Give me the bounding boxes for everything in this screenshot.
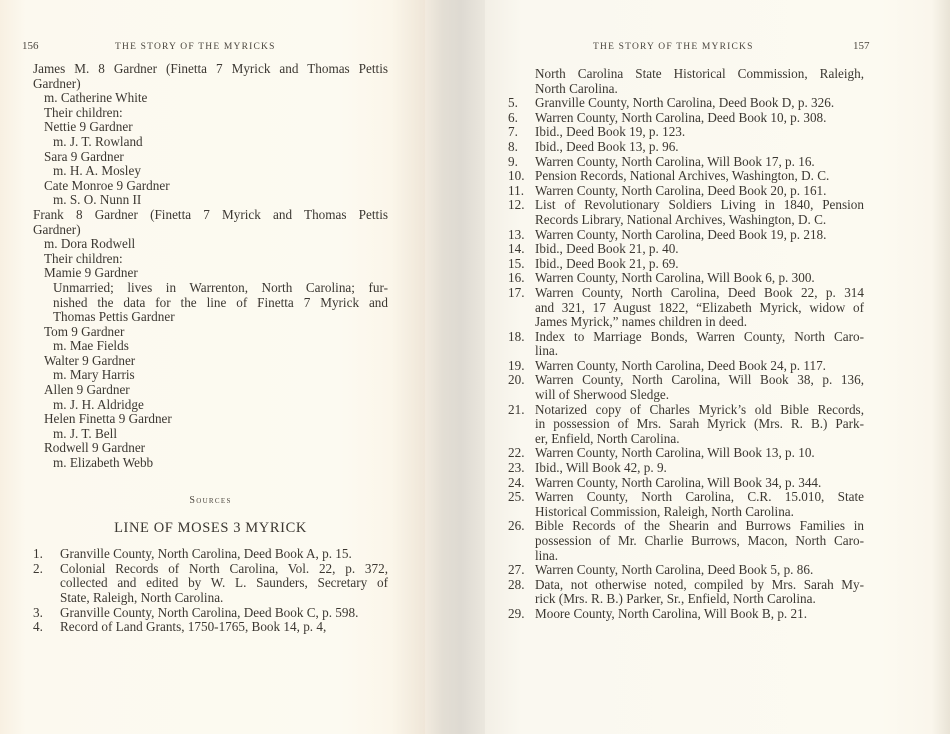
source-note: 22.Warren County, North Carolina, Will B…	[508, 446, 864, 461]
note-text: Granville County, North Carolina, Deed B…	[60, 606, 388, 621]
note-text: Warren County, North Carolina, Deed Book…	[535, 111, 864, 126]
note-number: 3.	[33, 606, 60, 621]
note-line: Warren County, North Carolina, C.R. 15.0…	[535, 490, 864, 505]
genealogy-entry: Thomas Pettis Gardner	[33, 310, 388, 325]
note-line: er, Enfield, North Carolina.	[535, 432, 864, 447]
genealogy-entry: Sara 9 Gardner	[33, 150, 388, 165]
page-number: 157	[853, 40, 870, 52]
source-note: 17.Warren County, North Carolina, Deed B…	[508, 286, 864, 330]
book-spread: 156 THE STORY OF THE MYRICKS James M. 8 …	[0, 0, 950, 734]
note-text: Warren County, North Carolina, Will Book…	[535, 446, 864, 461]
note-line: will of Sherwood Sledge.	[535, 388, 864, 403]
note-number: 2.	[33, 562, 60, 606]
source-note: 29.Moore County, North Carolina, Will Bo…	[508, 607, 864, 622]
note-text: Moore County, North Carolina, Will Book …	[535, 607, 864, 622]
note-continuation: North Carolina State Historical Commissi…	[508, 67, 864, 96]
source-note: 14.Ibid., Deed Book 21, p. 40.	[508, 242, 864, 257]
sources-heading: Sources	[33, 494, 388, 509]
source-note: 23.Ibid., Will Book 42, p. 9.	[508, 461, 864, 476]
genealogy-entry: m. J. H. Aldridge	[33, 398, 388, 413]
note-number: 14.	[508, 242, 535, 257]
genealogy-entry: Rodwell 9 Gardner	[33, 441, 388, 456]
note-line: Record of Land Grants, 1750-1765, Book 1…	[60, 620, 388, 635]
running-head: THE STORY OF THE MYRICKS	[593, 42, 754, 52]
note-line: Ibid., Will Book 42, p. 9.	[535, 461, 864, 476]
genealogy-entry: Walter 9 Gardner	[33, 354, 388, 369]
note-number: 12.	[508, 198, 535, 227]
note-text: Record of Land Grants, 1750-1765, Book 1…	[60, 620, 388, 635]
right-page: THE STORY OF THE MYRICKS 157 North Carol…	[485, 0, 950, 734]
note-number: 1.	[33, 547, 60, 562]
note-text: Bible Records of the Shearin and Burrows…	[535, 519, 864, 563]
note-text: Ibid., Deed Book 21, p. 40.	[535, 242, 864, 257]
note-text: Ibid., Will Book 42, p. 9.	[535, 461, 864, 476]
note-text: Warren County, North Carolina, Will Book…	[535, 476, 864, 491]
genealogy-entry: m. Elizabeth Webb	[33, 456, 388, 471]
note-text: Warren County, North Carolina, Will Book…	[535, 271, 864, 286]
source-note: 1.Granville County, North Carolina, Deed…	[33, 547, 388, 562]
sources-section: Sources LINE OF MOSES 3 MYRICK 1.Granvil…	[33, 494, 388, 635]
note-line: Granville County, North Carolina, Deed B…	[535, 96, 864, 111]
genealogy-entry: m. J. T. Bell	[33, 427, 388, 442]
source-note: 3.Granville County, North Carolina, Deed…	[33, 606, 388, 621]
note-number: 20.	[508, 373, 535, 402]
note-number: 29.	[508, 607, 535, 622]
left-page: 156 THE STORY OF THE MYRICKS James M. 8 …	[0, 0, 425, 734]
note-text: Warren County, North Carolina, Deed Book…	[535, 184, 864, 199]
note-line: Notarized copy of Charles Myrick’s old B…	[535, 403, 864, 418]
note-line: Pension Records, National Archives, Wash…	[535, 169, 864, 184]
genealogy-entry: Cate Monroe 9 Gardner	[33, 179, 388, 194]
source-note: 27.Warren County, North Carolina, Deed B…	[508, 563, 864, 578]
source-note: 5.Granville County, North Carolina, Deed…	[508, 96, 864, 111]
note-text: Warren County, North Carolina, Deed Book…	[535, 228, 864, 243]
note-line: Ibid., Deed Book 19, p. 123.	[535, 125, 864, 140]
note-number: 26.	[508, 519, 535, 563]
source-note: 10.Pension Records, National Archives, W…	[508, 169, 864, 184]
note-line: Warren County, North Carolina, Deed Book…	[535, 359, 864, 374]
note-number: 25.	[508, 490, 535, 519]
note-line: Warren County, North Carolina, Will Book…	[535, 155, 864, 170]
genealogy-entry: m. Mary Harris	[33, 368, 388, 383]
note-number: 21.	[508, 403, 535, 447]
source-note: 25.Warren County, North Carolina, C.R. 1…	[508, 490, 864, 519]
note-line: State, Raleigh, North Carolina.	[60, 591, 388, 606]
running-head: THE STORY OF THE MYRICKS	[115, 42, 276, 52]
genealogy-entry: m. Mae Fields	[33, 339, 388, 354]
note-line: James Myrick,” names children in deed.	[535, 315, 864, 330]
note-number: 10.	[508, 169, 535, 184]
note-number: 5.	[508, 96, 535, 111]
note-line: Ibid., Deed Book 21, p. 40.	[535, 242, 864, 257]
note-number: 17.	[508, 286, 535, 330]
source-note: 8.Ibid., Deed Book 13, p. 96.	[508, 140, 864, 155]
note-line: Bible Records of the Shearin and Burrows…	[535, 519, 864, 534]
note-text: Granville County, North Carolina, Deed B…	[60, 547, 388, 562]
note-line: Historical Commission, Raleigh, North Ca…	[535, 505, 864, 520]
note-line: Warren County, North Carolina, Deed Book…	[535, 286, 864, 301]
note-number: 27.	[508, 563, 535, 578]
source-note: 9.Warren County, North Carolina, Will Bo…	[508, 155, 864, 170]
source-note: 21.Notarized copy of Charles Myrick’s ol…	[508, 403, 864, 447]
note-line: Data, not otherwise noted, compiled by M…	[535, 578, 864, 593]
note-line: Warren County, North Carolina, Will Book…	[535, 446, 864, 461]
source-note: 15.Ibid., Deed Book 21, p. 69.	[508, 257, 864, 272]
source-note: 20.Warren County, North Carolina, Will B…	[508, 373, 864, 402]
source-note: 7.Ibid., Deed Book 19, p. 123.	[508, 125, 864, 140]
note-number: 11.	[508, 184, 535, 199]
note-text: Ibid., Deed Book 21, p. 69.	[535, 257, 864, 272]
book-gutter	[425, 0, 485, 734]
note-number: 24.	[508, 476, 535, 491]
note-number: 6.	[508, 111, 535, 126]
note-line: lina.	[535, 549, 864, 564]
note-line: Warren County, North Carolina, Will Book…	[535, 271, 864, 286]
note-line: Ibid., Deed Book 21, p. 69.	[535, 257, 864, 272]
genealogy-entry: m. J. T. Rowland	[33, 135, 388, 150]
source-note: 18.Index to Marriage Bonds, Warren Count…	[508, 330, 864, 359]
note-text: Warren County, North Carolina, Deed Book…	[535, 286, 864, 330]
source-note: 26.Bible Records of the Shearin and Burr…	[508, 519, 864, 563]
note-text: Granville County, North Carolina, Deed B…	[535, 96, 864, 111]
note-text: Colonial Records of North Carolina, Vol.…	[60, 562, 388, 606]
note-line: collected and edited by W. L. Saunders, …	[60, 576, 388, 591]
note-number: 16.	[508, 271, 535, 286]
note-number: 9.	[508, 155, 535, 170]
source-note: 6.Warren County, North Carolina, Deed Bo…	[508, 111, 864, 126]
note-number: 7.	[508, 125, 535, 140]
note-text: Warren County, North Carolina, Will Book…	[535, 373, 864, 402]
genealogy-entry: Mamie 9 Gardner	[33, 266, 388, 281]
note-number: 19.	[508, 359, 535, 374]
source-note: 19.Warren County, North Carolina, Deed B…	[508, 359, 864, 374]
source-note: 2.Colonial Records of North Carolina, Vo…	[33, 562, 388, 606]
genealogy-entry: Allen 9 Gardner	[33, 383, 388, 398]
note-text: Pension Records, National Archives, Wash…	[535, 169, 864, 184]
genealogy-entry: nished the data for the line of Finetta …	[33, 296, 388, 311]
note-text: Warren County, North Carolina, C.R. 15.0…	[535, 490, 864, 519]
note-line: Warren County, North Carolina, Deed Book…	[535, 228, 864, 243]
note-line: Ibid., Deed Book 13, p. 96.	[535, 140, 864, 155]
note-text: Ibid., Deed Book 13, p. 96.	[535, 140, 864, 155]
note-line: rick (Mrs. R. B.) Parker, Sr., Enfield, …	[535, 592, 864, 607]
genealogy-entry: m. Catherine White	[33, 91, 388, 106]
genealogy-entry: Frank 8 Gardner (Finetta 7 Myrick and Th…	[33, 208, 388, 223]
genealogy-entry: Nettie 9 Gardner	[33, 120, 388, 135]
note-number: 22.	[508, 446, 535, 461]
note-line: North Carolina State Historical Commissi…	[535, 67, 864, 82]
note-line: Warren County, North Carolina, Deed Book…	[535, 184, 864, 199]
notes-section: North Carolina State Historical Commissi…	[508, 67, 864, 622]
source-note: 12.List of Revolutionary Soldiers Living…	[508, 198, 864, 227]
genealogy-entry: Unmarried; lives in Warrenton, North Car…	[33, 281, 388, 296]
source-note: 13.Warren County, North Carolina, Deed B…	[508, 228, 864, 243]
note-line: Records Library, National Archives, Wash…	[535, 213, 864, 228]
genealogy-entry: James M. 8 Gardner (Finetta 7 Myrick and…	[33, 62, 388, 77]
genealogy-entry: Their children:	[33, 252, 388, 267]
note-line: lina.	[535, 344, 864, 359]
note-line: Warren County, North Carolina, Will Book…	[535, 373, 864, 388]
note-text: Notarized copy of Charles Myrick’s old B…	[535, 403, 864, 447]
note-number: 15.	[508, 257, 535, 272]
genealogy-entry: m. Dora Rodwell	[33, 237, 388, 252]
line-heading: LINE OF MOSES 3 MYRICK	[33, 521, 388, 536]
source-note: 28.Data, not otherwise noted, compiled b…	[508, 578, 864, 607]
genealogy-entry: m. H. A. Mosley	[33, 164, 388, 179]
note-line: and 321, 17 August 1822, “Elizabeth Myri…	[535, 301, 864, 316]
note-number: 23.	[508, 461, 535, 476]
note-number: 13.	[508, 228, 535, 243]
note-number: 8.	[508, 140, 535, 155]
genealogy-entry: m. S. O. Nunn II	[33, 193, 388, 208]
notes-list: 1.Granville County, North Carolina, Deed…	[33, 547, 388, 635]
note-number: 18.	[508, 330, 535, 359]
note-number: 4.	[33, 620, 60, 635]
genealogy-entry: Gardner)	[33, 77, 388, 92]
genealogy-entry: Gardner)	[33, 223, 388, 238]
note-text: List of Revolutionary Soldiers Living in…	[535, 198, 864, 227]
page-number: 156	[22, 40, 39, 52]
source-note: 4.Record of Land Grants, 1750-1765, Book…	[33, 620, 388, 635]
note-line: Warren County, North Carolina, Deed Book…	[535, 563, 864, 578]
note-text: Data, not otherwise noted, compiled by M…	[535, 578, 864, 607]
note-line: Warren County, North Carolina, Deed Book…	[535, 111, 864, 126]
note-number: 28.	[508, 578, 535, 607]
note-line: Colonial Records of North Carolina, Vol.…	[60, 562, 388, 577]
note-line: in possession of Mrs. Sarah Myrick (Mrs.…	[535, 417, 864, 432]
note-text: Warren County, North Carolina, Deed Book…	[535, 359, 864, 374]
genealogy-entry: Their children:	[33, 106, 388, 121]
note-text: Index to Marriage Bonds, Warren County, …	[535, 330, 864, 359]
note-line: North Carolina.	[535, 82, 864, 97]
genealogy-entry: Helen Finetta 9 Gardner	[33, 412, 388, 427]
note-line: Index to Marriage Bonds, Warren County, …	[535, 330, 864, 345]
note-text: Warren County, North Carolina, Will Book…	[535, 155, 864, 170]
note-line: possession of Mr. Charlie Burrows, Macon…	[535, 534, 864, 549]
note-line: Moore County, North Carolina, Will Book …	[535, 607, 864, 622]
notes-list: 5.Granville County, North Carolina, Deed…	[508, 96, 864, 621]
note-line: Warren County, North Carolina, Will Book…	[535, 476, 864, 491]
source-note: 24.Warren County, North Carolina, Will B…	[508, 476, 864, 491]
source-note: 16.Warren County, North Carolina, Will B…	[508, 271, 864, 286]
note-text: Ibid., Deed Book 19, p. 123.	[535, 125, 864, 140]
note-line: Granville County, North Carolina, Deed B…	[60, 606, 388, 621]
source-note: 11.Warren County, North Carolina, Deed B…	[508, 184, 864, 199]
note-text: Warren County, North Carolina, Deed Book…	[535, 563, 864, 578]
genealogy-list: James M. 8 Gardner (Finetta 7 Myrick and…	[33, 62, 388, 471]
genealogy-entry: Tom 9 Gardner	[33, 325, 388, 340]
note-line: List of Revolutionary Soldiers Living in…	[535, 198, 864, 213]
note-line: Granville County, North Carolina, Deed B…	[60, 547, 388, 562]
